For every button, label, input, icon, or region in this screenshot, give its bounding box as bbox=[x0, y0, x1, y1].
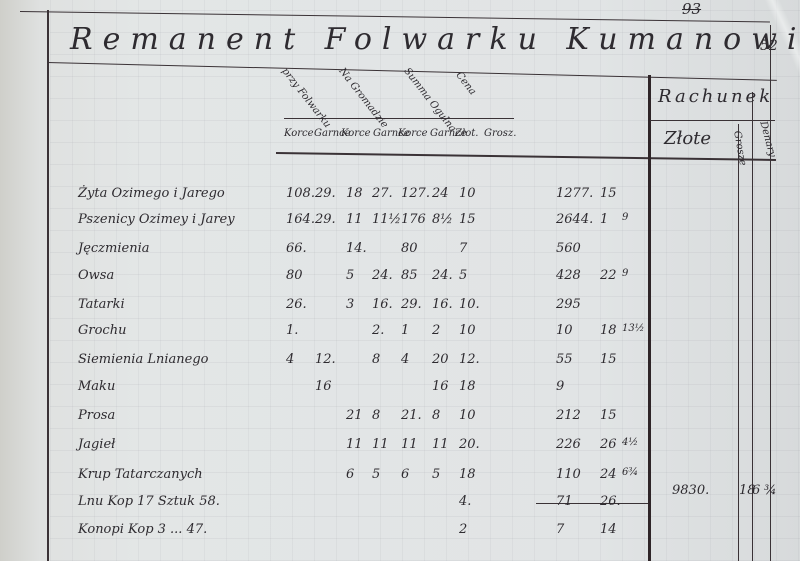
cell-so-g: 8½ bbox=[432, 212, 453, 227]
ledger-page: 93 52 Remanent Folwarku Kumanowickiego p… bbox=[0, 0, 800, 561]
cell-name: Lnu Kop 17 Sztuk 58. bbox=[78, 494, 220, 509]
cell-so-k: 6 bbox=[401, 467, 409, 482]
cell-amt-gr: 24 bbox=[600, 467, 617, 482]
cell-name: Jagieł bbox=[78, 437, 115, 452]
cell-ng-g: 8 bbox=[372, 352, 380, 367]
cell-c-zl: 7 bbox=[459, 241, 467, 256]
sub-rachunek-zlote: Złote bbox=[664, 128, 711, 149]
cell-amt-d: 9 bbox=[622, 212, 628, 223]
cell-amt-d: 9 bbox=[622, 268, 628, 279]
cell-pf-g: 29. bbox=[315, 212, 336, 227]
sub-cena-zlot: Złot. bbox=[455, 128, 478, 139]
cell-amt-zl: 560 bbox=[556, 241, 581, 256]
cell-ng-k: 11 bbox=[346, 437, 363, 452]
sub-so-korce: Korce bbox=[398, 128, 428, 139]
cell-so-g: 24 bbox=[432, 186, 449, 201]
cell-pf-g: 29. bbox=[315, 186, 336, 201]
cell-pf-k: 66. bbox=[286, 241, 307, 256]
cell-c-zl: 12. bbox=[459, 352, 480, 367]
cell-name: Konopi Kop 3 ... 47. bbox=[78, 522, 207, 537]
cell-so-g: 16 bbox=[432, 379, 449, 394]
cell-amt-gr: 26 bbox=[600, 437, 617, 452]
cell-amt-gr: 26. bbox=[600, 494, 621, 509]
sub-cena-grosz: Grosz. bbox=[484, 128, 516, 139]
cell-ng-g: 24. bbox=[372, 268, 393, 283]
total-zlote: 9830. bbox=[672, 483, 709, 498]
cell-ng-k: 11 bbox=[346, 212, 363, 227]
cell-amt-gr: 22 bbox=[600, 268, 617, 283]
cell-amt-gr: 14 bbox=[600, 522, 617, 537]
cell-amt-zl: 212 bbox=[556, 408, 581, 423]
cell-ng-g: 8 bbox=[372, 408, 380, 423]
cell-c-zl: 10 bbox=[459, 323, 476, 338]
cell-so-k: 4 bbox=[401, 352, 409, 367]
cell-amt-gr: 15 bbox=[600, 352, 617, 367]
cell-so-k: 11 bbox=[401, 437, 418, 452]
cell-amt-zl: 2644. bbox=[556, 212, 593, 227]
cell-ng-k: 14. bbox=[346, 241, 367, 256]
cell-amt-zl: 110 bbox=[556, 467, 581, 482]
cell-so-k: 176 bbox=[401, 212, 426, 227]
cell-ng-g: 5 bbox=[372, 467, 380, 482]
cell-name: Maku bbox=[78, 379, 115, 394]
cell-so-k: 21. bbox=[401, 408, 422, 423]
total-fraction: ¾ bbox=[764, 483, 777, 498]
cell-c-zl: 18 bbox=[459, 379, 476, 394]
cell-ng-g: 2. bbox=[372, 323, 384, 338]
cell-so-k: 1 bbox=[401, 323, 409, 338]
cell-pf-k: 80 bbox=[286, 268, 303, 283]
cell-so-k: 127. bbox=[401, 186, 430, 201]
cell-amt-zl: 226 bbox=[556, 437, 581, 452]
cell-pf-k: 164. bbox=[286, 212, 315, 227]
sub-ng-korce: Korce bbox=[341, 128, 371, 139]
struck-page-number: 93 bbox=[682, 0, 701, 18]
rachunek-divider bbox=[648, 75, 651, 561]
cell-so-k: 85 bbox=[401, 268, 418, 283]
total-denary: 6 bbox=[752, 483, 760, 498]
cell-pf-k: 108. bbox=[286, 186, 315, 201]
cell-name: Siemienia Lnianego bbox=[78, 352, 208, 367]
cell-so-k: 80 bbox=[401, 241, 418, 256]
cell-amt-gr: 15 bbox=[600, 408, 617, 423]
cell-amt-gr: 18 bbox=[600, 323, 617, 338]
cell-amt-zl: 9 bbox=[556, 379, 564, 394]
cell-ng-k: 3 bbox=[346, 297, 354, 312]
cell-so-g: 8 bbox=[432, 408, 440, 423]
cell-ng-k: 21 bbox=[346, 408, 363, 423]
subtotal-rule bbox=[536, 503, 648, 504]
cell-c-zl: 20. bbox=[459, 437, 480, 452]
cell-pf-k: 26. bbox=[286, 297, 307, 312]
cell-ng-k: 18 bbox=[346, 186, 363, 201]
cell-so-k: 29. bbox=[401, 297, 422, 312]
cell-amt-d: 13½ bbox=[622, 323, 644, 334]
cell-c-zl: 5 bbox=[459, 268, 467, 283]
cell-so-g: 16. bbox=[432, 297, 453, 312]
cell-ng-g: 27. bbox=[372, 186, 393, 201]
cell-amt-gr: 1 bbox=[600, 212, 608, 227]
cell-name: Krup Tatarczanych bbox=[78, 467, 203, 482]
cell-amt-zl: 7 bbox=[556, 522, 564, 537]
cell-so-g: 20 bbox=[432, 352, 449, 367]
cell-name: Żyta Ozimego i Jarego bbox=[78, 186, 225, 201]
cell-ng-k: 6 bbox=[346, 467, 354, 482]
header-rachunek: Rachunek bbox=[658, 86, 773, 107]
cell-c-zl: 10 bbox=[459, 408, 476, 423]
cell-name: Tatarki bbox=[78, 297, 125, 312]
cell-pf-k: 4 bbox=[286, 352, 294, 367]
cell-so-g: 24. bbox=[432, 268, 453, 283]
cell-amt-gr: 15 bbox=[600, 186, 617, 201]
cell-so-g: 11 bbox=[432, 437, 449, 452]
cell-c-zl: 4. bbox=[459, 494, 471, 509]
cell-c-zl: 15 bbox=[459, 212, 476, 227]
cell-amt-d: 4½ bbox=[622, 437, 638, 448]
cell-pf-g: 12. bbox=[315, 352, 336, 367]
cell-name: Pszenicy Ozimey i Jarey bbox=[78, 212, 235, 227]
cell-ng-g: 11½ bbox=[372, 212, 401, 227]
cell-name: Prosa bbox=[78, 408, 115, 423]
cell-amt-d: 6¾ bbox=[622, 467, 638, 478]
cell-so-g: 2 bbox=[432, 323, 440, 338]
cell-ng-k: 5 bbox=[346, 268, 354, 283]
cell-amt-zl: 428 bbox=[556, 268, 581, 283]
cell-pf-k: 1. bbox=[286, 323, 298, 338]
cell-c-zl: 10. bbox=[459, 297, 480, 312]
cell-pf-g: 16 bbox=[315, 379, 332, 394]
cell-ng-g: 11 bbox=[372, 437, 389, 452]
cell-name: Grochu bbox=[78, 323, 126, 338]
cell-c-zl: 10 bbox=[459, 186, 476, 201]
left-margin-rule bbox=[47, 10, 49, 561]
cell-amt-zl: 55 bbox=[556, 352, 573, 367]
cell-amt-zl: 1277. bbox=[556, 186, 593, 201]
cell-name: Owsa bbox=[78, 268, 114, 283]
sub-pf-korce: Korce bbox=[284, 128, 314, 139]
document-title: Remanent Folwarku Kumanowickiego bbox=[70, 22, 800, 57]
cell-c-zl: 2 bbox=[459, 522, 467, 537]
cell-amt-zl: 71 bbox=[556, 494, 573, 509]
cell-amt-zl: 10 bbox=[556, 323, 573, 338]
cell-so-g: 5 bbox=[432, 467, 440, 482]
cell-ng-g: 16. bbox=[372, 297, 393, 312]
cell-name: Jęczmienia bbox=[78, 241, 150, 256]
rachunek-sub-rule bbox=[650, 120, 775, 121]
cell-amt-zl: 295 bbox=[556, 297, 581, 312]
cell-c-zl: 18 bbox=[459, 467, 476, 482]
